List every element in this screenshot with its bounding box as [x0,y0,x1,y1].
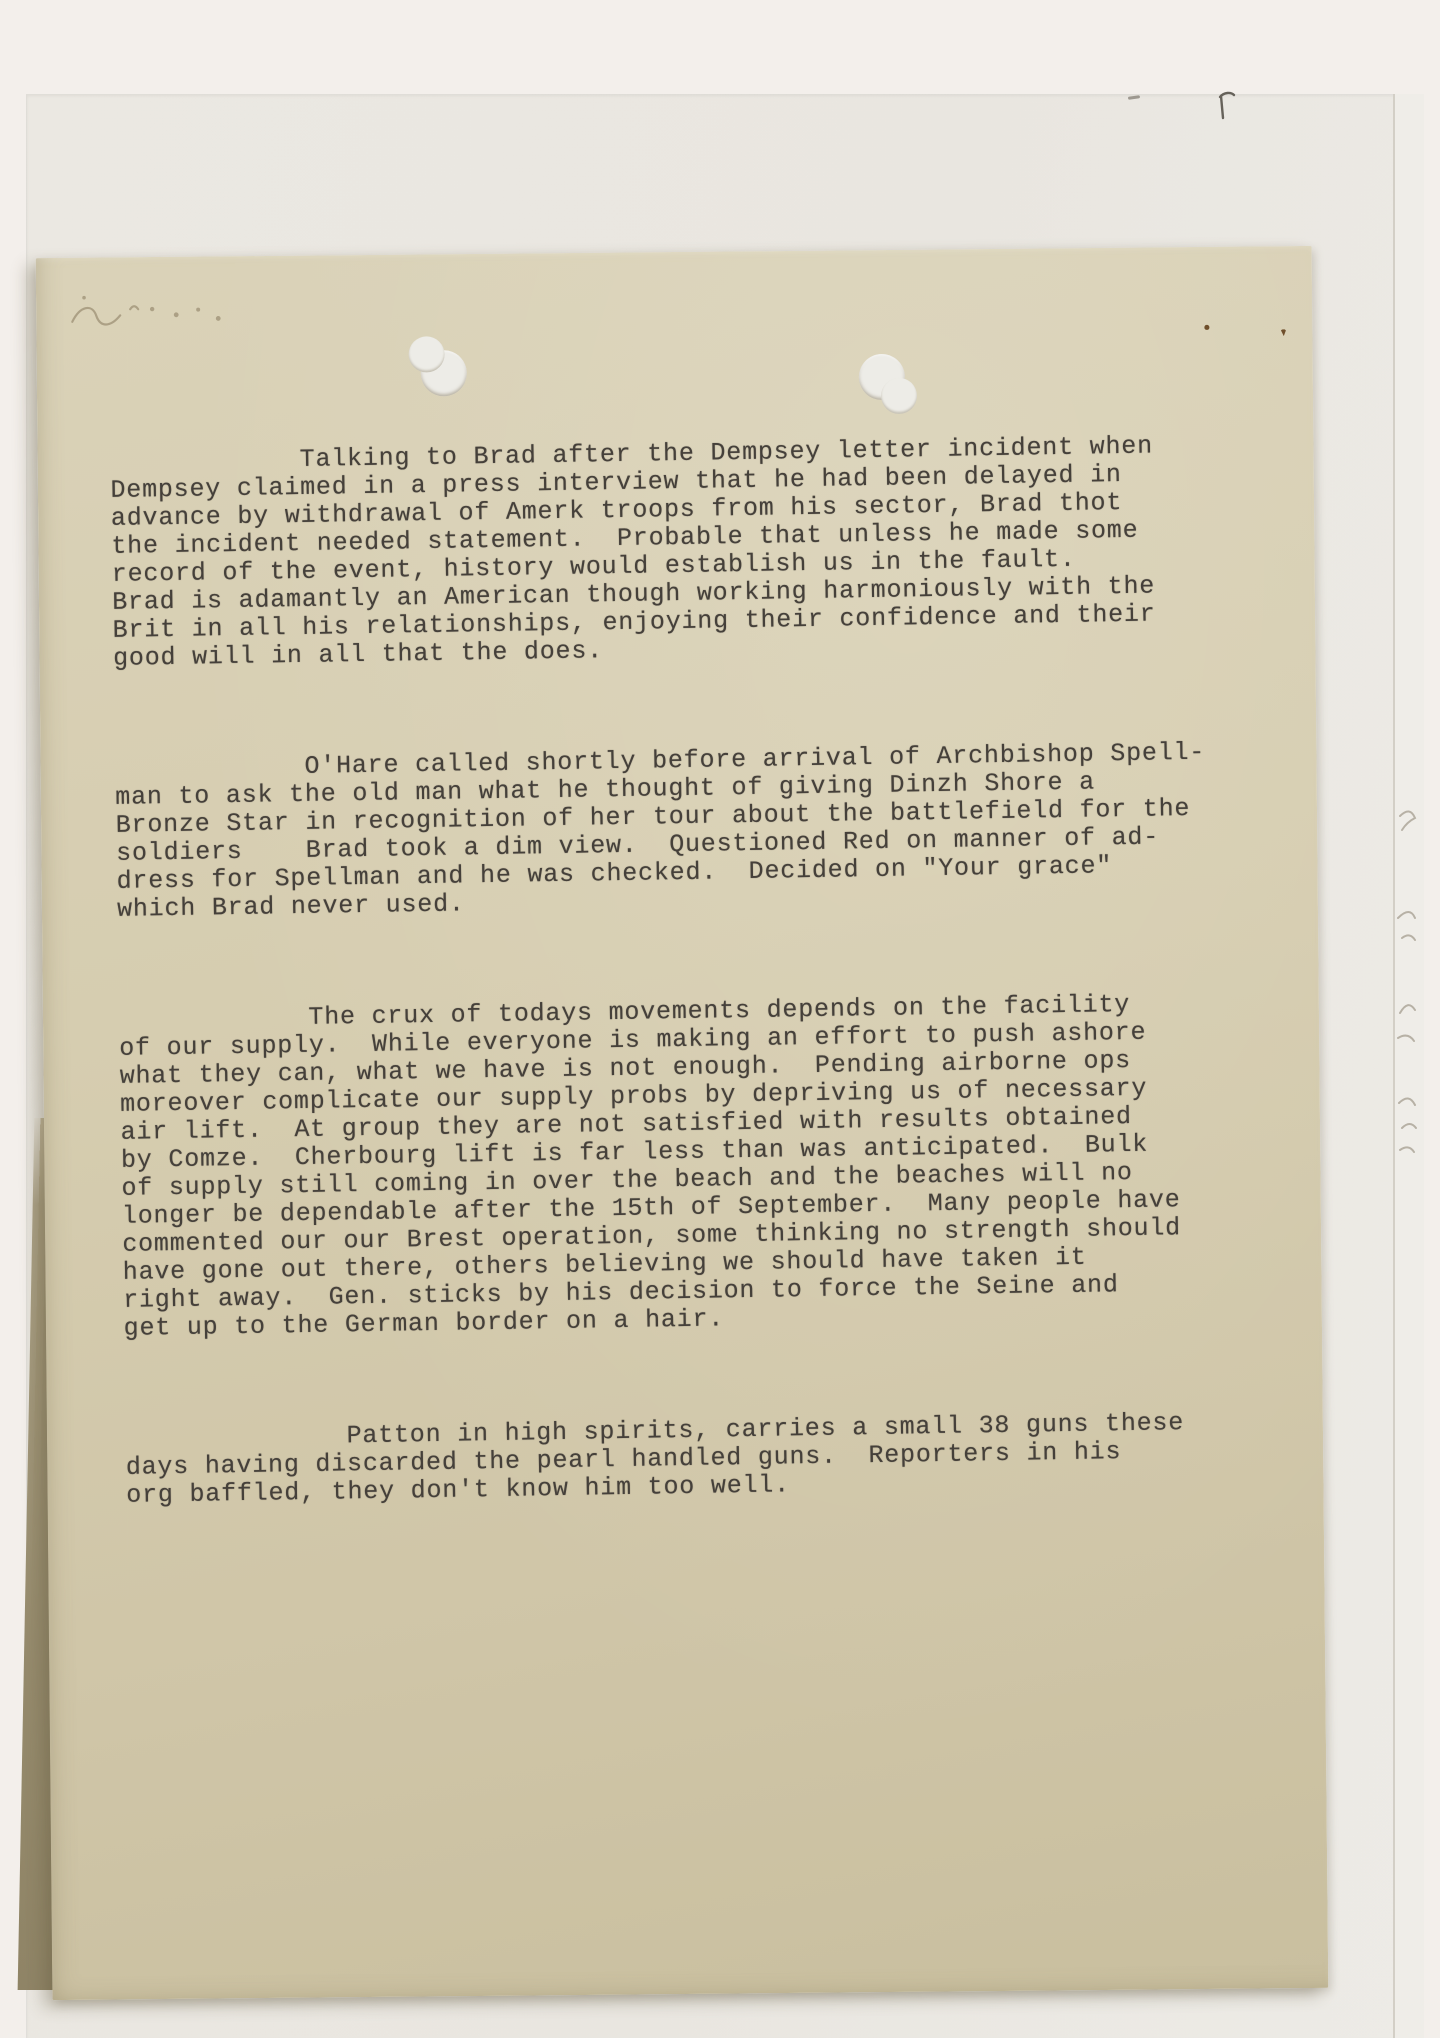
pencil-bracket-mark [1216,90,1238,124]
typewritten-text: Talking to Brad after the Dempsey letter… [109,375,1268,1593]
paper-speck [1280,329,1286,336]
typewritten-page: Talking to Brad after the Dempsey letter… [36,246,1329,2000]
edge-pencil-writing [1390,798,1424,1168]
scanned-document: { "document": { "kind": "typewritten dia… [0,0,1440,2038]
paragraph-dempsey-letter: Talking to Brad after the Dempsey letter… [110,431,1253,673]
paragraph-patton: Patton in high spirits, carries a small … [125,1408,1266,1510]
pencil-scribble [64,282,245,338]
paper-speck [1204,325,1209,330]
paragraph-ohare-spellman: O'Hare called shortly before arrival of … [115,738,1257,924]
paragraph-supply-crux: The crux of todays movements depends on … [119,989,1264,1343]
